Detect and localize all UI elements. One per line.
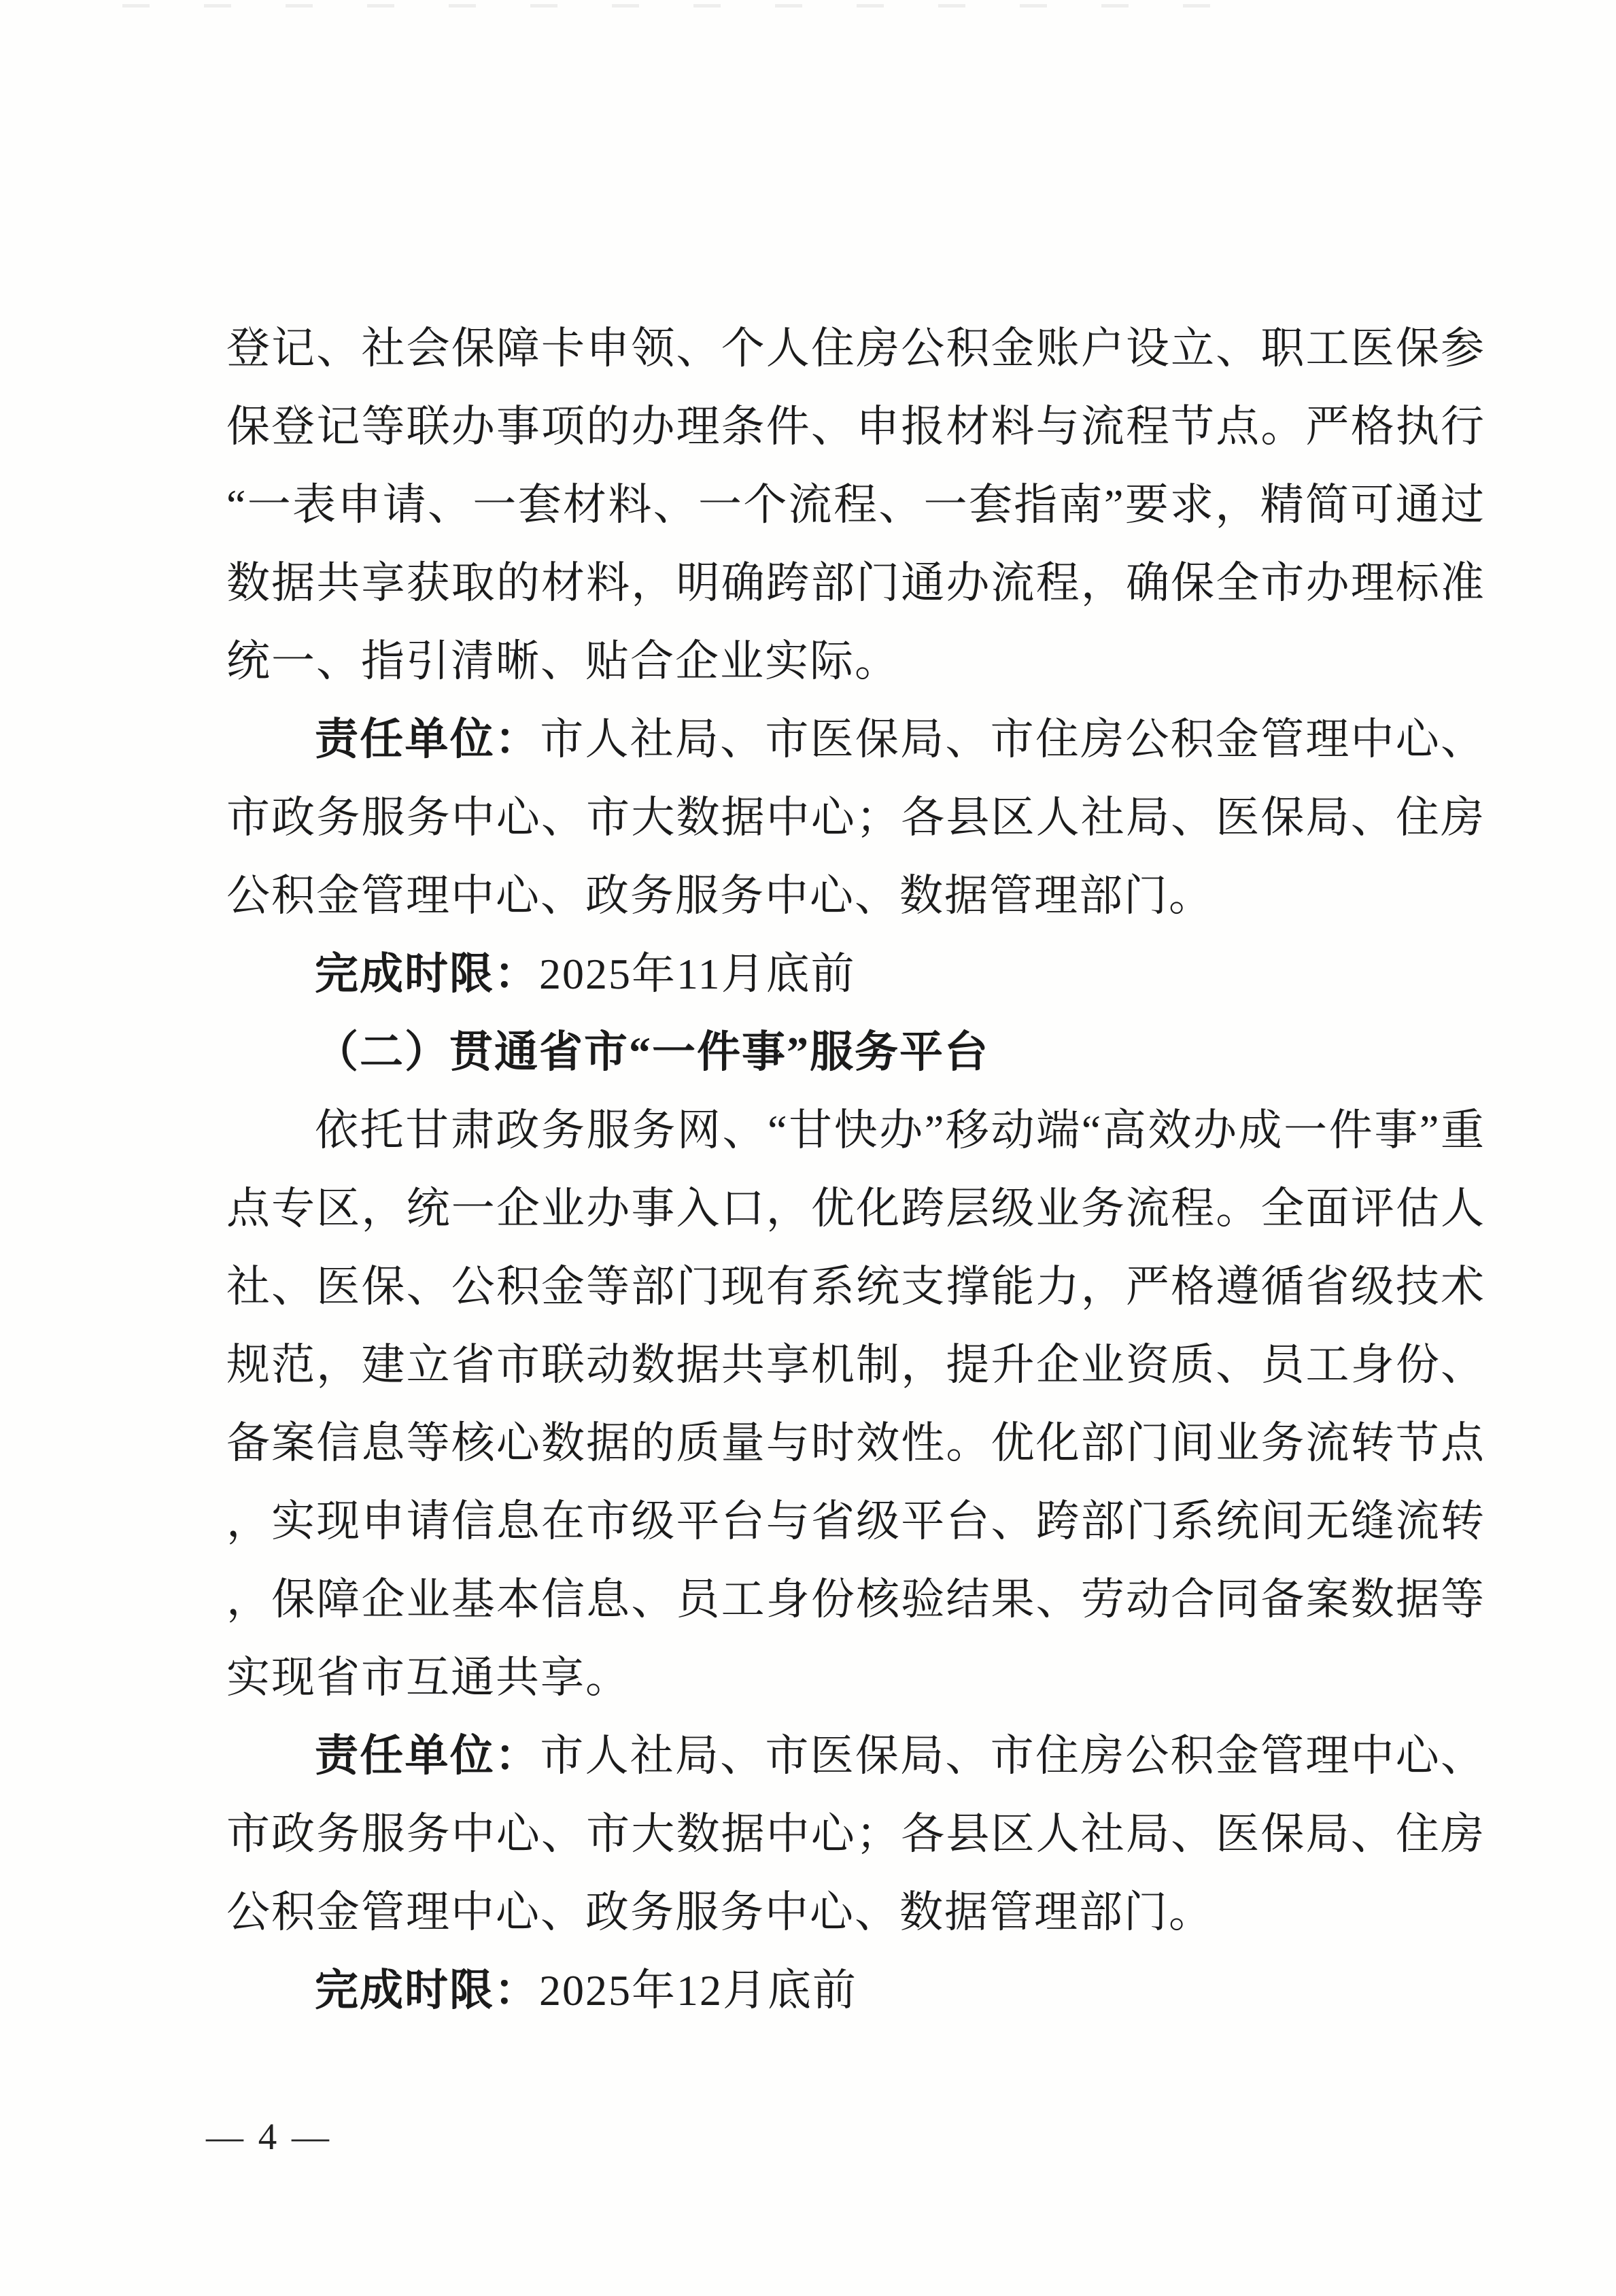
responsibility-label-2: 责任单位： [315, 1732, 540, 1780]
deadline-label-1: 完成时限： [315, 950, 539, 998]
responsibility-paragraph-2: 责任单位：市人社局、市医保局、市住房公积金管理中心、市政务服务中心、市大数据中心… [226, 1717, 1485, 1951]
deadline-text-1: 2025年11月底前 [539, 950, 856, 998]
section-heading-2: （二）贯通省市“一件事”服务平台 [226, 1013, 1485, 1091]
page-body: 登记、社会保障卡申领、个人住房公积金账户设立、职工医保参保登记等联办事项的办理条… [226, 309, 1485, 2029]
deadline-text-2: 2025年12月底前 [539, 1966, 857, 2015]
section2-body-paragraph: 依托甘肃政务服务网、“甘快办”移动端“高效办成一件事”重点专区，统一企业办事入口… [226, 1091, 1485, 1717]
responsibility-paragraph-1: 责任单位：市人社局、市医保局、市住房公积金管理中心、市政务服务中心、市大数据中心… [226, 700, 1485, 935]
document-page: 登记、社会保障卡申领、个人住房公积金账户设立、职工医保参保登记等联办事项的办理条… [0, 0, 1616, 2296]
deadline-paragraph-2: 完成时限：2025年12月底前 [226, 1951, 1485, 2029]
scan-artifact [122, 4, 1210, 7]
page-number: — 4 — [206, 2116, 332, 2158]
deadline-label-2: 完成时限： [315, 1966, 539, 2015]
deadline-paragraph-1: 完成时限：2025年11月底前 [226, 935, 1485, 1013]
responsibility-label-1: 责任单位： [315, 715, 540, 764]
paragraph-continuation: 登记、社会保障卡申领、个人住房公积金账户设立、职工医保参保登记等联办事项的办理条… [226, 309, 1485, 700]
